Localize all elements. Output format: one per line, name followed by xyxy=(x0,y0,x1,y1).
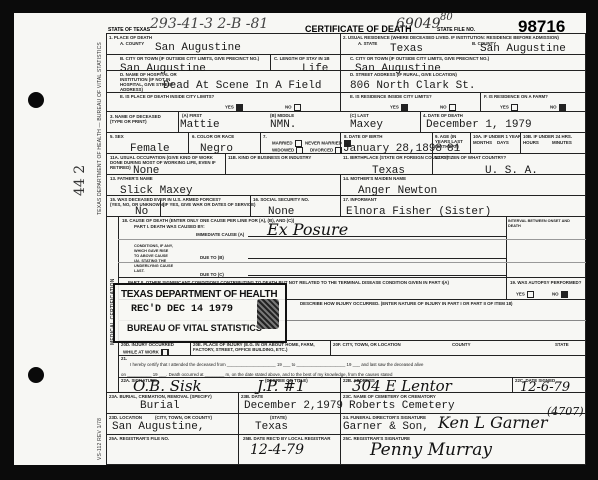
citizen-label: 12. CITIZEN OF WHAT COUNTRY? xyxy=(435,155,506,160)
months-label: Months xyxy=(473,140,492,145)
first-name-label: (a) First xyxy=(182,113,202,118)
marital-label: 7. xyxy=(263,134,267,139)
inside-city-label: e. IS PLACE OF DEATH INSIDE CITY LIMITS? xyxy=(120,94,214,99)
vertical-agency-label: TEXAS DEPARTMENT OF HEALTH — BUREAU OF V… xyxy=(97,42,103,215)
stamp-agency: TEXAS DEPARTMENT OF HEALTH xyxy=(121,289,277,300)
form-code: VS-112 REV 1/78 xyxy=(97,418,103,460)
farm-label: f. IS RESIDENCE ON A FARM? xyxy=(484,94,548,99)
funeral-director-number: (4707) xyxy=(547,405,584,418)
mother-label: 14. MOTHER'S MAIDEN NAME xyxy=(343,176,406,181)
farm-yes[interactable]: YES xyxy=(500,104,518,111)
father-label: 13. FATHER'S NAME xyxy=(110,176,153,181)
disposition-date-value: December 2,1979 xyxy=(244,400,343,412)
marital-married[interactable]: Married xyxy=(272,140,302,147)
margin-handwritten-note: 44 2 xyxy=(72,165,88,196)
informant-label: 17. INFORMANT xyxy=(343,197,377,202)
certification-number: 21. xyxy=(121,356,127,361)
armed-dates-label: (If yes, give war or dates of service) xyxy=(163,202,255,207)
immediate-cause-value: Ex Posure xyxy=(267,220,348,239)
last-name-label: (c) Last xyxy=(350,113,369,118)
disposition-location-label: 23d. LOCATION xyxy=(109,415,142,420)
marital-divorced[interactable]: Divorced xyxy=(310,147,342,154)
first-name-value: Mattie xyxy=(180,119,220,131)
sex-label: 5. SEX xyxy=(110,134,124,139)
disposition-method-value: Burial xyxy=(140,400,180,412)
residence-county-value: San Augustine xyxy=(480,43,566,55)
injury-state-label: STATE xyxy=(555,342,569,347)
funeral-director-signature: Ken L Garner xyxy=(438,413,547,432)
days-label: Days xyxy=(497,140,509,145)
mother-value: Anger Newton xyxy=(358,185,437,197)
handwritten-suffix: 80 xyxy=(440,12,453,23)
birthplace-label: 11. BIRTHPLACE (State or foreign country… xyxy=(343,155,448,160)
street-value: 806 North Clark St. xyxy=(350,80,475,92)
residence-inside-city-label: e. IS RESIDENCE INSIDE CITY LIMITS? xyxy=(350,94,432,99)
county-label: a. COUNTY xyxy=(120,41,144,46)
inside-city-no[interactable]: NO xyxy=(285,104,301,111)
middle-name-label: (b) Middle xyxy=(270,113,294,118)
inside-city-yes[interactable]: YES xyxy=(225,104,243,111)
disposition-state-value: Texas xyxy=(255,421,288,433)
registrar-file-label: 25a. REGISTRAR'S FILE NO. xyxy=(109,436,169,441)
occupation-label: 11a. USUAL OCCUPATION (Give kind of work… xyxy=(110,155,220,170)
dob-label: 8. DATE OF BIRTH xyxy=(344,134,382,139)
under-1-year-label: 10a. IF UNDER 1 YEAR xyxy=(473,134,521,139)
race-value: Negro xyxy=(200,143,233,155)
disposition-state-sublabel: (State) xyxy=(270,415,287,420)
race-label: 6. COLOR OR RACE xyxy=(192,134,234,139)
date-of-death-label: 4. DATE OF DEATH xyxy=(423,113,463,118)
funeral-director-label: 24. FUNERAL DIRECTOR'S SIGNATURE xyxy=(343,415,426,420)
autopsy-yes[interactable]: YES xyxy=(516,291,534,298)
residence-state-label: a. STATE xyxy=(358,41,377,46)
injury-county-label: COUNTY xyxy=(452,342,471,347)
seal-icon xyxy=(257,299,279,329)
funeral-firm-value: Garner & Son, xyxy=(343,421,429,433)
due-to-b-label: DUE TO (b) xyxy=(200,255,224,260)
name-label: 3. NAME OF DECEASED (Type or print) xyxy=(110,114,170,124)
length-of-stay-value: Life xyxy=(302,63,328,75)
autopsy-label: 19. WAS AUTOPSY PERFORMED? xyxy=(510,280,581,285)
city-label: b. CITY OR TOWN (If outside city limits,… xyxy=(120,56,259,61)
handwritten-state-file: 69049 xyxy=(396,16,441,32)
residence-inside-yes[interactable]: YES xyxy=(390,104,408,111)
part1-label: PART I. DEATH WAS CAUSED BY: xyxy=(134,224,205,229)
place-of-injury-label: 20e. PLACE OF INJURY (e.g. in or about h… xyxy=(193,342,328,352)
street-label: d. STREET ADDRESS (If rural, give locati… xyxy=(350,72,457,77)
disposition-location-sublabel: (City, town, or county) xyxy=(155,415,212,420)
hours-label: Hours xyxy=(523,140,539,145)
interval-label: INTERVAL BETWEEN ONSET AND DEATH xyxy=(508,219,578,229)
certificate-number: 98716 xyxy=(518,17,565,37)
certification-text-line1: I hereby certify that I attended the dec… xyxy=(130,362,423,367)
armed-forces-value: No xyxy=(135,206,148,218)
ssn-label: 16. SOCIAL SECURITY NO. xyxy=(253,197,309,202)
conditions-label: Conditions, if any, which gave rise to a… xyxy=(134,244,174,274)
citizen-value: U. S. A. xyxy=(485,165,538,177)
disposition-date-label: 23b. DATE xyxy=(241,394,263,399)
ssn-value: None xyxy=(268,206,294,218)
punch-hole xyxy=(28,367,44,383)
under-24-hrs-label: 10b. IF UNDER 24 HRS. xyxy=(523,134,572,139)
last-name-value: Maxey xyxy=(350,119,383,131)
place-of-death-label: 1. PLACE OF DEATH xyxy=(109,35,152,40)
date-of-death-value: December 1, 1979 xyxy=(426,119,532,131)
business-label: 11b. KIND OF BUSINESS OR INDUSTRY xyxy=(228,155,311,160)
age-value: 81 xyxy=(447,143,460,155)
stamp-bureau: BUREAU OF VITAL STATISTICS xyxy=(127,323,262,333)
middle-name-value: NMN. xyxy=(270,119,296,131)
residence-label: 2. USUAL RESIDENCE (Where deceased lived… xyxy=(343,35,559,40)
received-stamp: TEXAS DEPARTMENT OF HEALTH REC'D DEC 14 … xyxy=(113,283,287,343)
disposition-location-value: San Augustine, xyxy=(112,421,204,433)
registrar-signature: Penny Murray xyxy=(370,440,492,460)
immediate-cause-label: IMMEDIATE CAUSE (a) xyxy=(196,232,244,237)
registrar-date-label: 25b. DATE REC'D BY LOCAL REGISTRAR xyxy=(243,436,330,441)
marital-widowed[interactable]: Widowed xyxy=(272,147,303,154)
residence-state-value: Texas xyxy=(390,43,423,55)
farm-no[interactable]: NO xyxy=(550,104,566,111)
punch-hole xyxy=(28,92,44,108)
registrar-date-value: 12-4-79 xyxy=(250,442,304,458)
injury-description-label: DESCRIBE HOW INJURY OCCURRED. (Enter nat… xyxy=(300,301,512,306)
minutes-label: Minutes xyxy=(552,140,572,145)
cemetery-label: 23c. NAME OF CEMETERY OR CREMATORY xyxy=(343,394,436,399)
residence-inside-no[interactable]: NO xyxy=(440,104,456,111)
residence-city-label: c. CITY OR TOWN (If outside city limits,… xyxy=(350,56,489,61)
sex-value: Female xyxy=(130,143,170,155)
informant-value: Elnora Fisher (Sister) xyxy=(346,206,491,218)
injury-location-label: 20f. CITY, TOWN, OR LOCATION xyxy=(333,342,401,347)
disposition-method-label: 23a. BURIAL, CREMATION, REMOVAL (Specify… xyxy=(109,394,212,399)
autopsy-no[interactable]: NO xyxy=(552,291,568,298)
dob-value: January 28,1898 xyxy=(343,143,442,155)
hospital-value: Dead At Scene In A Field xyxy=(163,80,321,92)
stamp-received-date: REC'D DEC 14 1979 xyxy=(131,304,233,315)
death-county-value: San Augustine xyxy=(155,42,241,54)
cemetery-value: Roberts Cemetery xyxy=(349,400,455,412)
stay-label: c. LENGTH OF STAY in 1b xyxy=(274,56,330,61)
handwritten-reference: 293-41-3 2-B -81 xyxy=(150,16,268,32)
father-value: Slick Maxey xyxy=(120,185,193,197)
